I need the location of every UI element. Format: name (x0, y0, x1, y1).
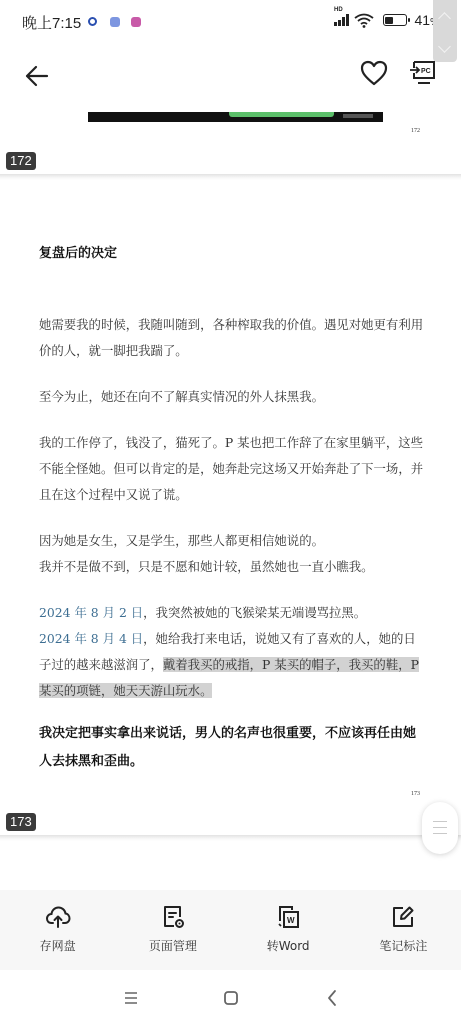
network-type-label: HD (334, 7, 343, 13)
wifi-icon (354, 13, 374, 28)
status-indicators: HD 41% (334, 12, 439, 28)
battery-icon (383, 14, 407, 26)
page-settings-icon (160, 904, 186, 930)
notification-app-icon (110, 17, 120, 27)
notification-app-icon (88, 17, 97, 26)
convert-word-icon: W (275, 904, 301, 930)
nav-back-button[interactable] (322, 988, 342, 1008)
floating-menu-button[interactable] (422, 802, 458, 854)
page-footer-number: 173 (411, 791, 420, 797)
timeline-text: ，我突然被她的飞猴梁某无端谩骂拉黑。 (143, 605, 366, 620)
svg-text:PC: PC (421, 68, 431, 75)
page-divider (0, 835, 461, 841)
tool-label: 转Word (267, 937, 310, 954)
tool-label: 页面管理 (149, 937, 197, 954)
paragraph: 她需要我的时候，我随叫随到，各种榨取我的价值。遇见对她更有利用价的人，就一脚把我… (39, 312, 424, 364)
notification-app-icon (131, 17, 141, 27)
paragraph: 我的工作停了，钱没了，猫死了。P 某也把工作辞了在家里躺平，这些不能全怪她。但可… (39, 430, 424, 508)
chevron-up-icon (438, 12, 451, 25)
top-bar: PC (0, 46, 461, 104)
page-divider (0, 174, 461, 180)
page-number-tag: 173 (6, 813, 36, 831)
svg-text:W: W (287, 916, 295, 925)
bottom-toolbar: 存网盘 页面管理 W 转Word 笔记标注 (0, 890, 461, 970)
date-label: 2024 年 8 月 4 日 (39, 631, 143, 646)
favorite-button[interactable] (359, 58, 389, 88)
recents-button[interactable] (121, 988, 141, 1008)
send-to-pc-button[interactable]: PC (408, 58, 438, 88)
paragraph: 至今为止，她还在向不了解真实情况的外人抹黑我。 (39, 384, 424, 410)
tool-label: 笔记标注 (379, 937, 427, 954)
paragraph: 我并不是做不到，只是不愿和她计较，虽然她也一直小瞧我。 (39, 554, 424, 580)
menu-icon (433, 821, 447, 822)
status-bar: 晚上7:15 HD 41% (0, 0, 461, 46)
page-image-fragment (88, 112, 383, 122)
annotate-notes-button[interactable]: 笔记标注 (346, 890, 461, 970)
paragraph: 因为她是女生，又是学生，那些人都更相信她说的。 (39, 528, 424, 554)
timeline-entry: 2024 年 8 月 4 日，她给我打来电话，说她又有了喜欢的人，她的日子过的越… (39, 626, 424, 704)
timeline-entry: 2024 年 8 月 2 日，我突然被她的飞猴梁某无端谩骂拉黑。 (39, 600, 424, 626)
save-to-cloud-button[interactable]: 存网盘 (0, 890, 115, 970)
cloud-upload-icon (45, 904, 71, 930)
home-button[interactable] (221, 988, 241, 1008)
page-footer-number: 172 (411, 128, 420, 134)
system-nav-bar (0, 970, 461, 1024)
page-number-tag: 172 (6, 152, 36, 170)
back-button[interactable] (22, 61, 52, 91)
tool-label: 存网盘 (40, 937, 76, 954)
conclusion-paragraph: 我决定把事实拿出来说话，男人的名声也很重要，不应该再任由她人去抹黑和歪曲。 (39, 720, 424, 776)
page-management-button[interactable]: 页面管理 (115, 890, 230, 970)
signal-icon: HD (334, 14, 349, 26)
section-heading: 复盘后的决定 (39, 242, 117, 261)
status-time: 晚上7:15 (22, 12, 81, 33)
document-viewer[interactable]: 172 172 复盘后的决定 她需要我的时候，我随叫随到，各种榨取我的价值。遇见… (0, 104, 461, 890)
date-label: 2024 年 8 月 2 日 (39, 605, 143, 620)
convert-to-word-button[interactable]: W 转Word (231, 890, 346, 970)
edit-note-icon (390, 904, 416, 930)
